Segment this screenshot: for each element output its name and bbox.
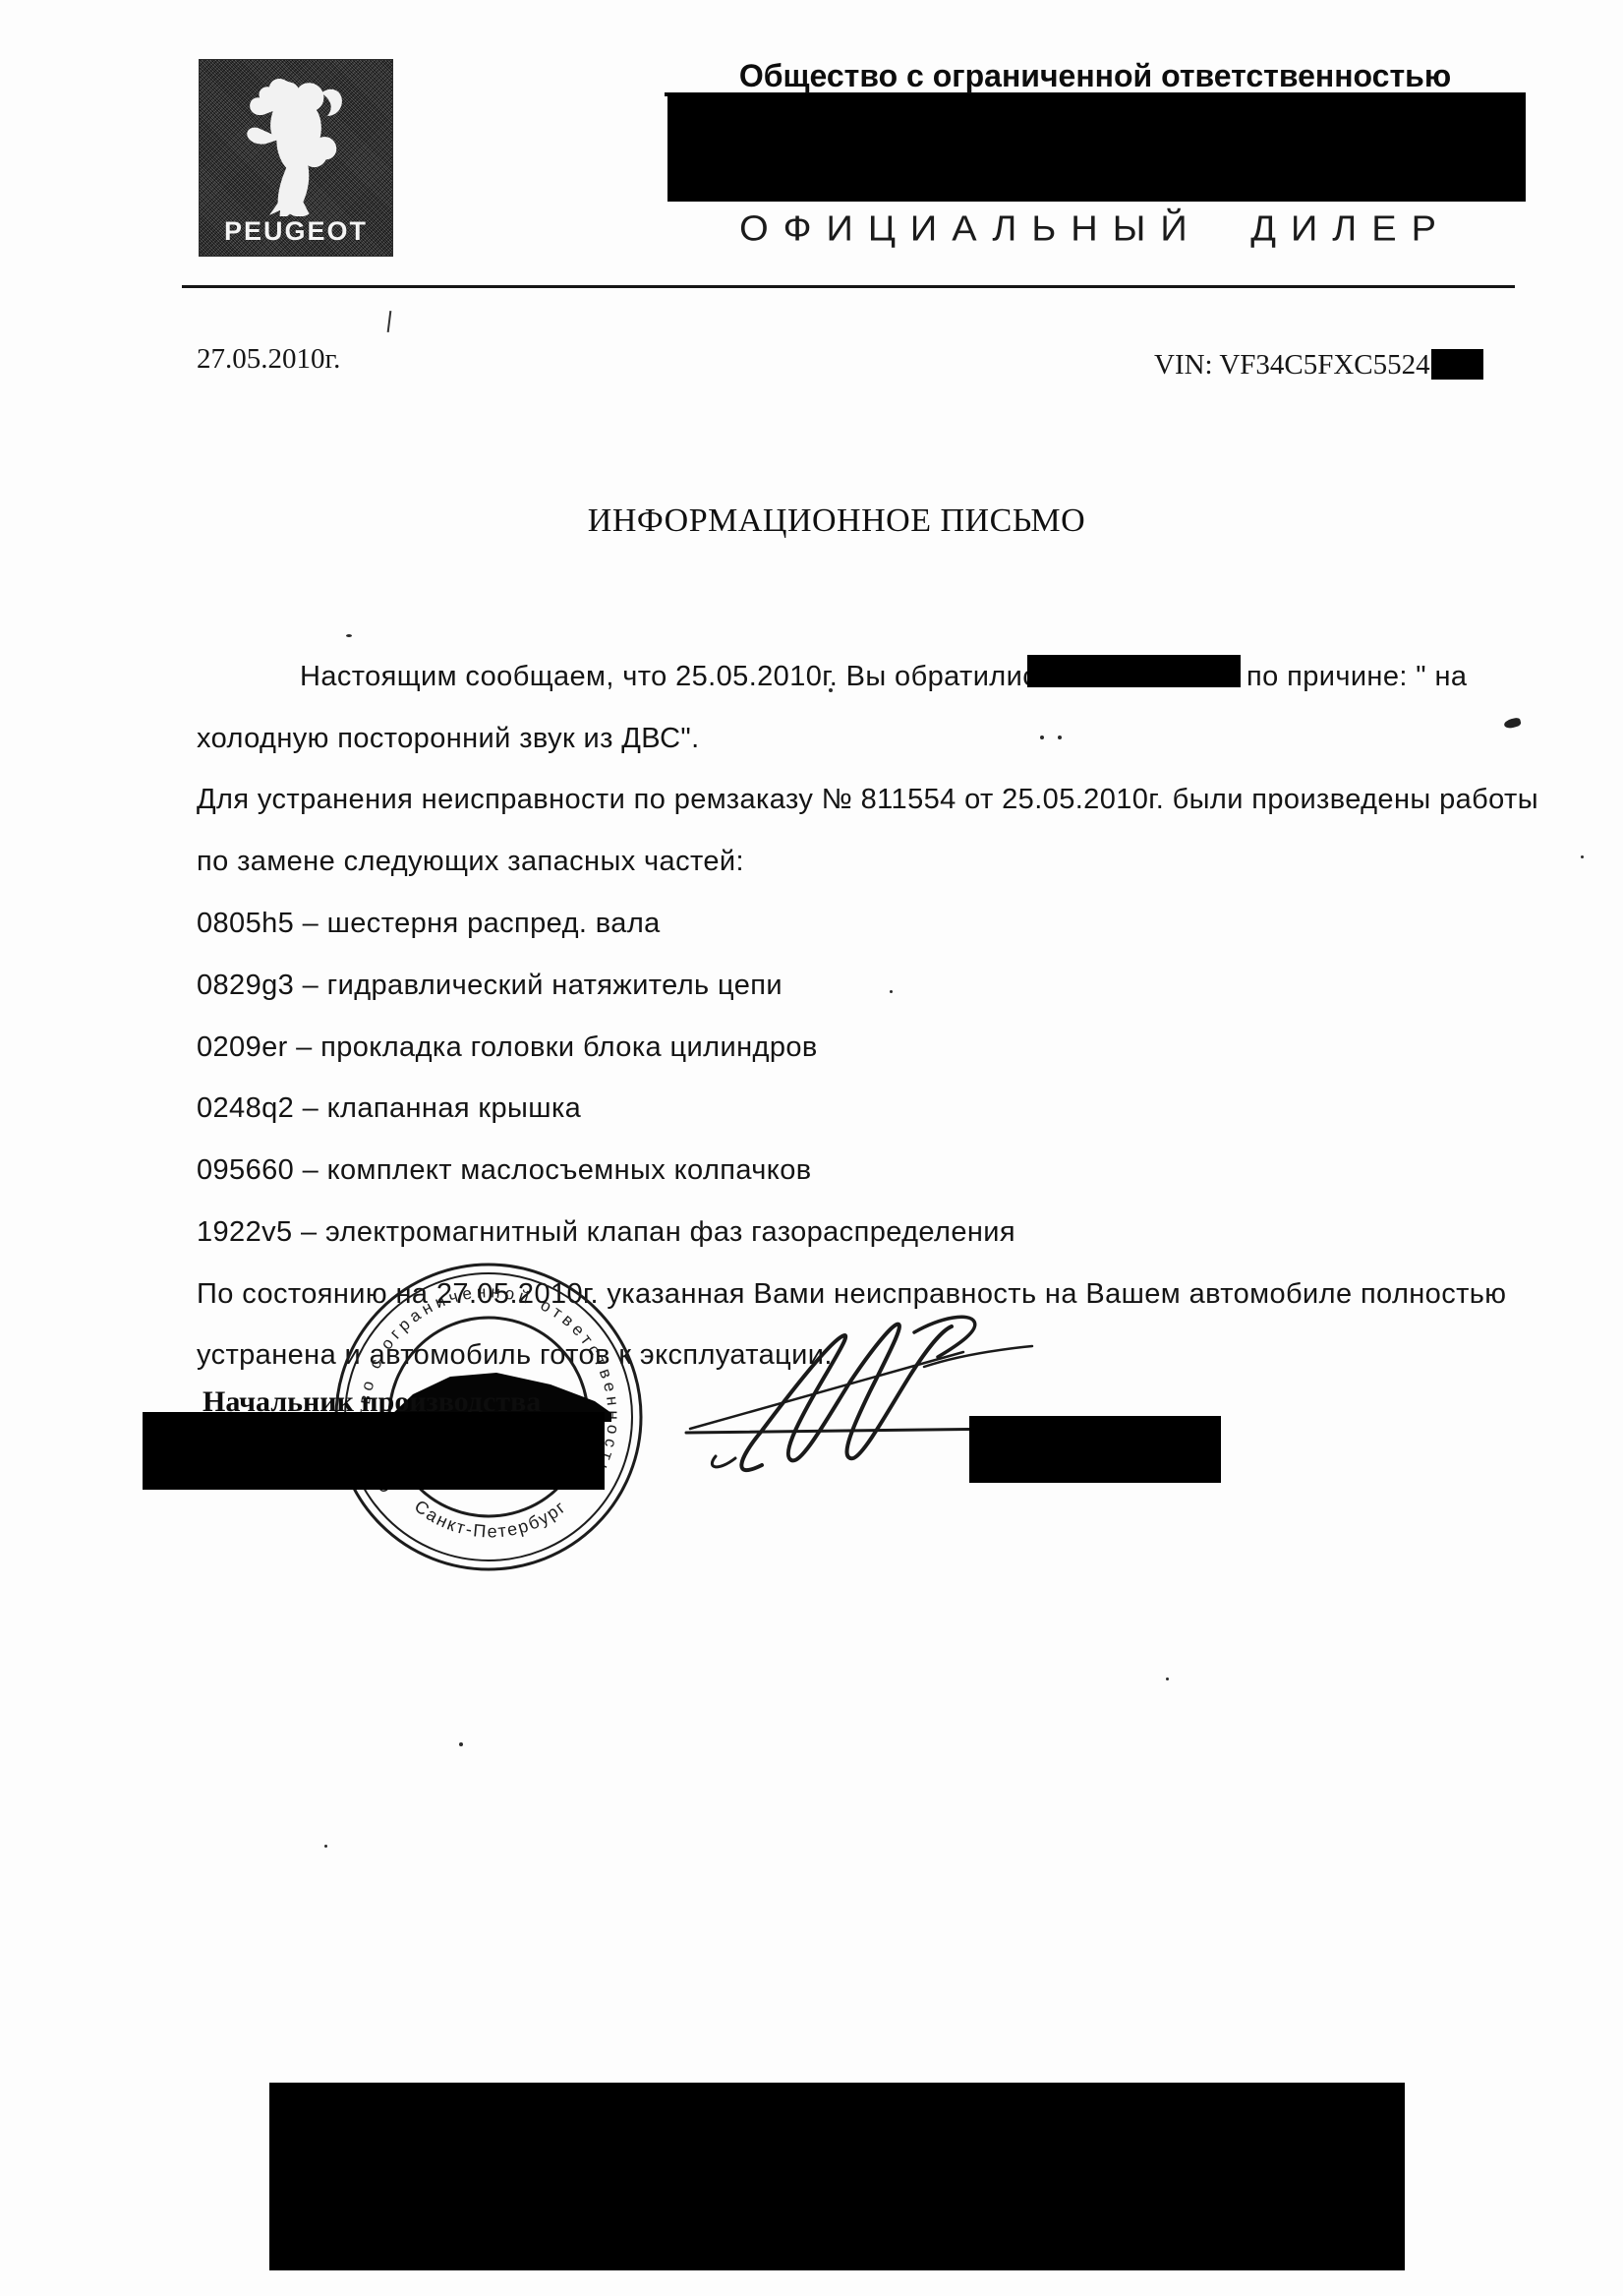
vin-line: VIN: VF34C5FXC5524 (1154, 349, 1483, 382)
svg-text:Санкт-Петербург: Санкт-Петербург (411, 1497, 570, 1542)
letter-title: ИНФОРМАЦИОННОЕ ПИСЬМО (197, 502, 1477, 540)
lion-icon (222, 69, 370, 216)
peugeot-logo: PEUGEOT (199, 59, 393, 257)
bottom-redaction (269, 2083, 1405, 2270)
part-item: 0829g3 – гидравлический натяжитель цепи (197, 970, 1484, 1002)
vin-value: VIN: VF34C5FXC5524 (1154, 349, 1430, 381)
scan-artifact (324, 1845, 327, 1848)
part-item: 0248q2 – клапанная крышка (197, 1092, 1484, 1125)
part-item: 1922v5 – электромагнитный клапан фаз газ… (197, 1216, 1484, 1249)
header-rule (182, 285, 1515, 288)
stamp-bottom-arc-text: Санкт-Петербург (411, 1497, 570, 1542)
scan-artifact (1166, 1678, 1169, 1680)
body-line-4: по замене следующих запасных частей: (197, 846, 1484, 878)
scan-artifact (890, 990, 893, 993)
part-item: 0805h5 – шестерня распред. вала (197, 908, 1484, 940)
scanned-letter-page: PEUGEOT Общество с ограниченной ответств… (0, 0, 1623, 2296)
signature-redaction-right (969, 1416, 1221, 1483)
body-line-3: Для устранения неисправности по ремзаказ… (197, 784, 1484, 816)
scan-artifact (1503, 717, 1522, 730)
signature-redaction-left (143, 1412, 605, 1490)
body-line-2: холодную посторонний звук из ДВС". (197, 723, 1484, 755)
scan-artifact (346, 634, 352, 637)
vin-redaction (1431, 349, 1483, 380)
part-item: 095660 – комплект маслосъемных колпачков (197, 1154, 1484, 1187)
logo-wordmark: PEUGEOT (199, 216, 393, 247)
scan-artifact (1058, 736, 1062, 739)
org-type-heading: Общество с ограниченной ответственностью (665, 58, 1526, 96)
part-item: 0209er – прокладка головки блока цилиндр… (197, 1031, 1484, 1064)
letter-date: 27.05.2010г. (197, 343, 340, 376)
scan-artifact (1040, 736, 1044, 739)
scan-artifact (459, 1742, 463, 1746)
scan-artifact (387, 311, 392, 332)
scan-artifact (1581, 855, 1584, 858)
scan-artifact (829, 688, 833, 692)
body-line-1b: по причине: " на (1246, 661, 1623, 693)
inline-redaction (1027, 655, 1241, 687)
company-name-redaction (667, 93, 1526, 202)
dealer-heading: ОФИЦИАЛЬНЫЙ ДИЛЕР (665, 209, 1526, 250)
